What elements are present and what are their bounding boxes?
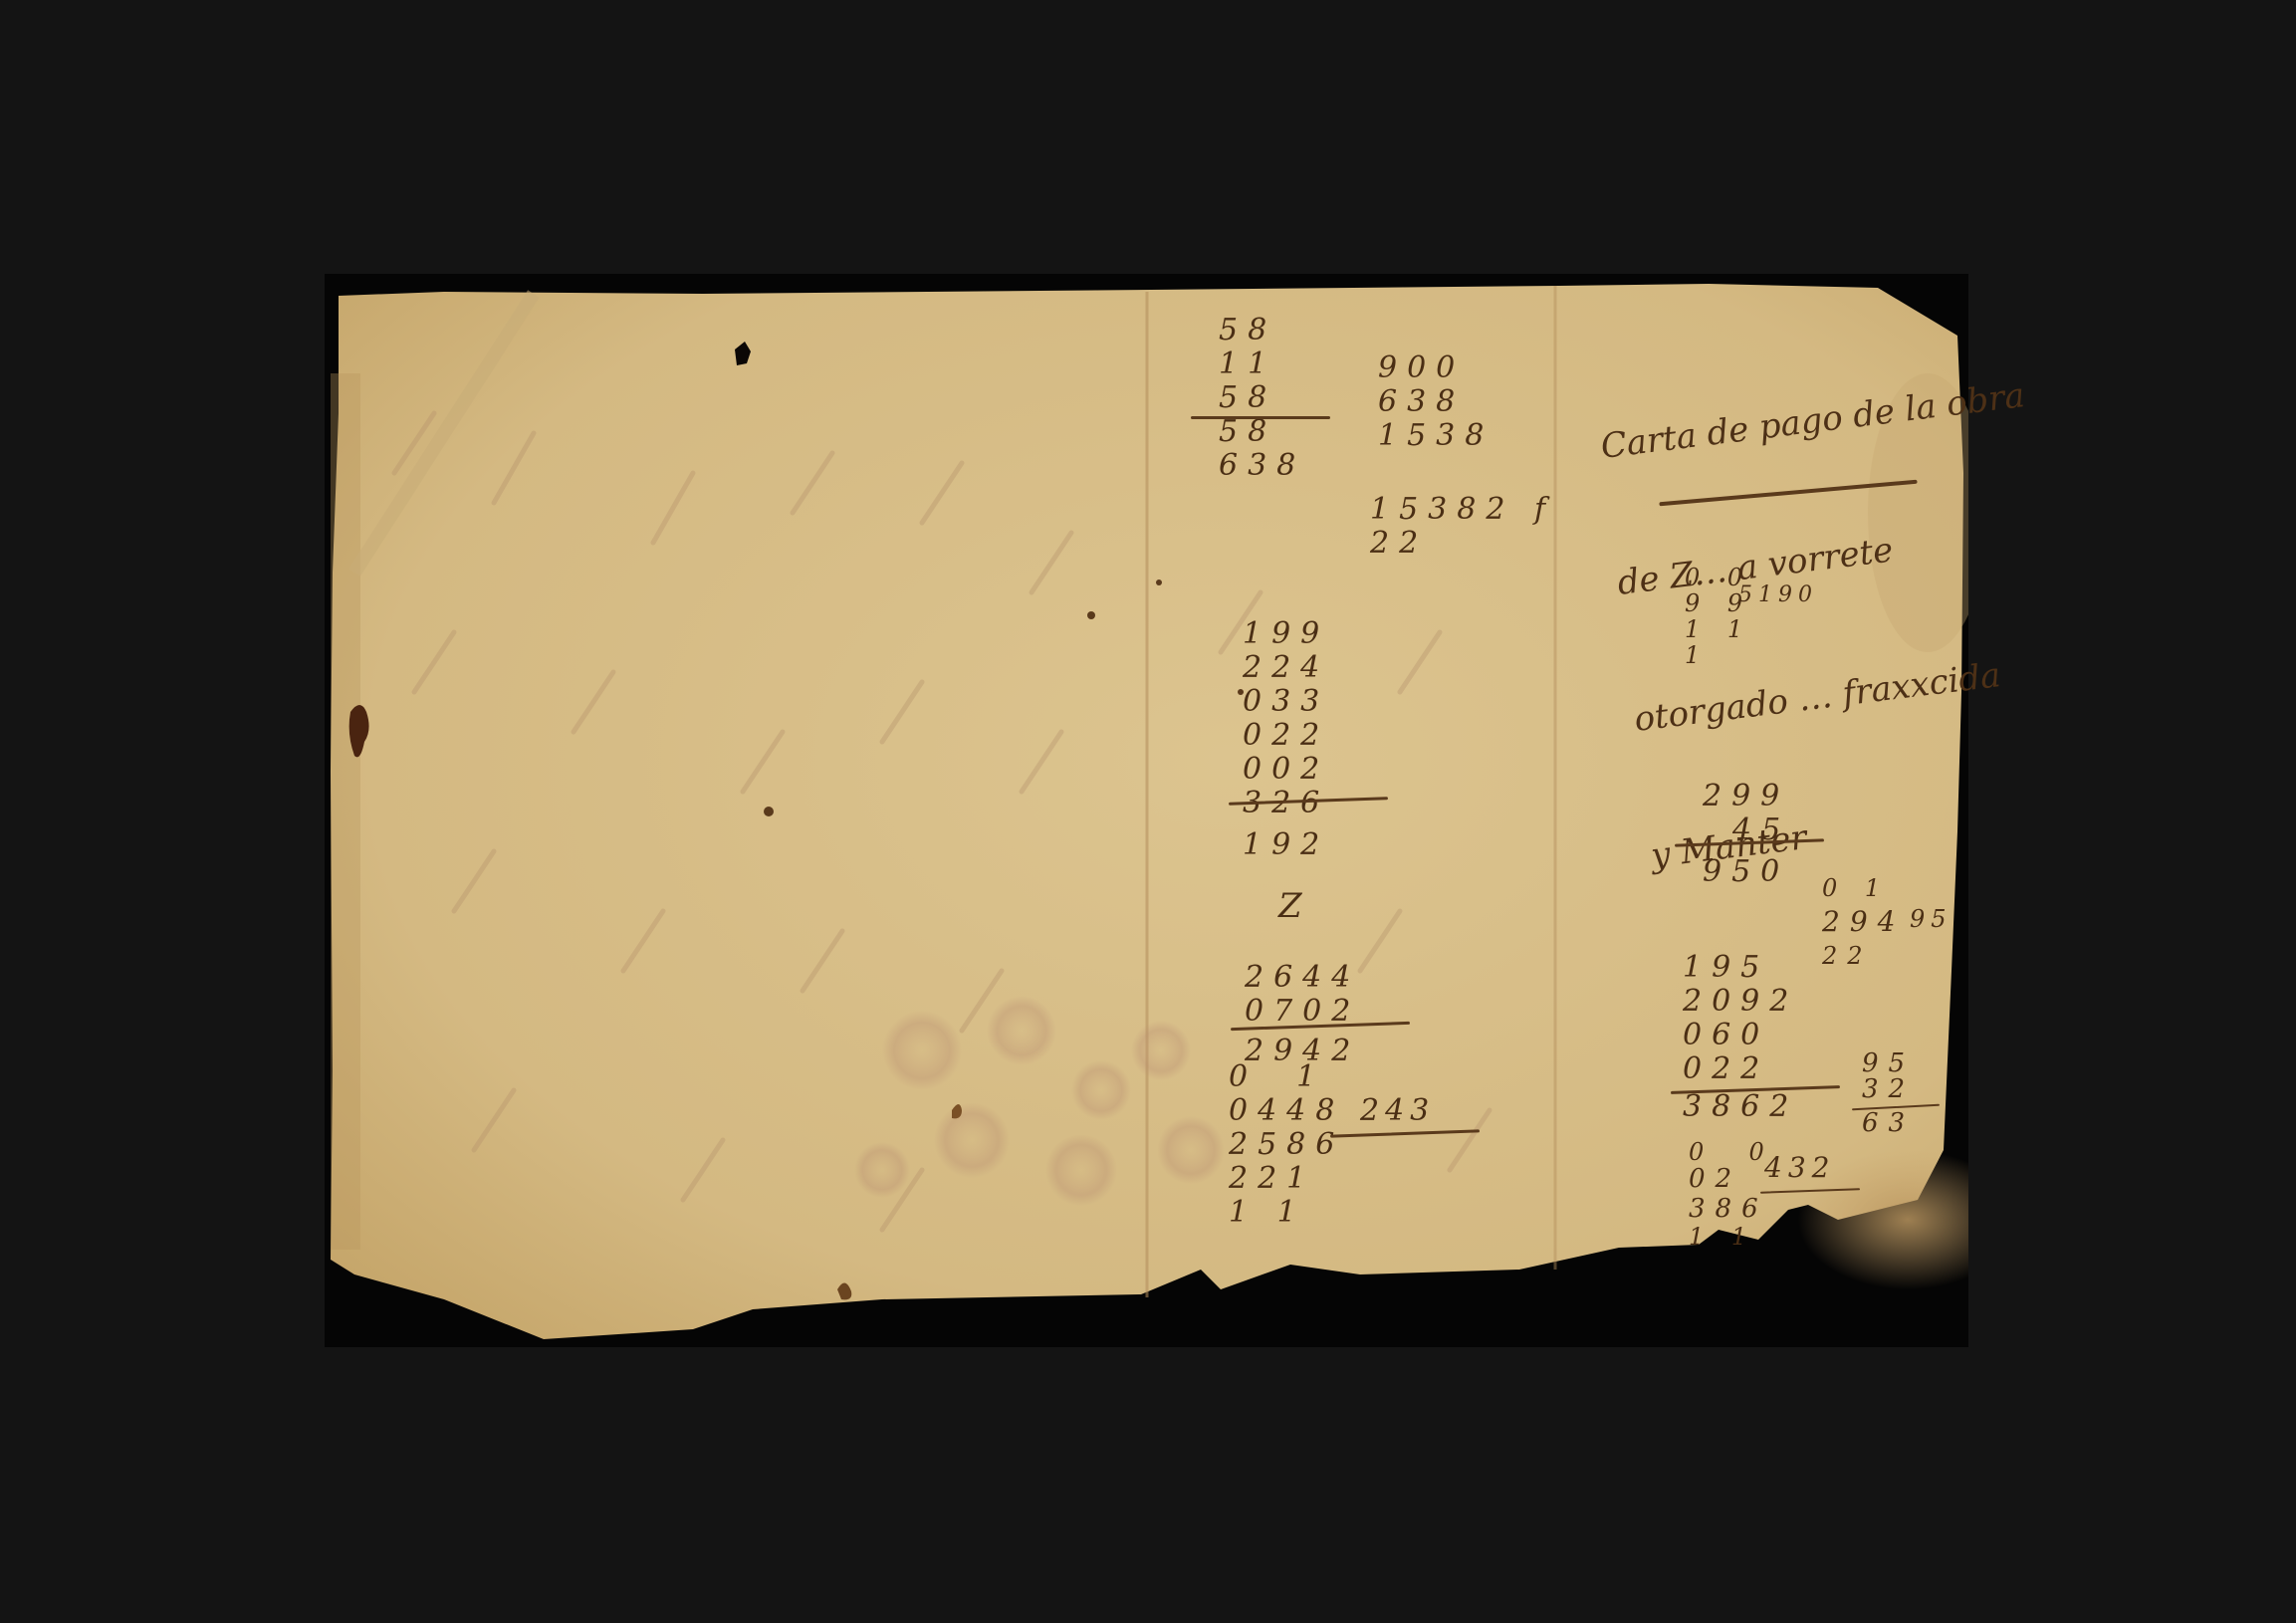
calc-sum-3862: 195 2092 060 022 3862 [1683,951,1798,1124]
scan-backing: Carta de pago de la obra de Z… a vorrete… [325,274,1968,1347]
calc-division-95: 0 1 294 22 [1822,871,1905,973]
calc-divisor-243: 243 [1360,1096,1435,1126]
calc-divisor-95: 95 [1910,907,1952,931]
calc-difference-63: 95 32 63 [1862,1050,1915,1138]
calc-sum-638: 58 11 58 58 638 [1219,314,1305,483]
calc-note-15382: 15382 f 22 [1370,493,1555,561]
calc-sum-950: 299 45 950 [1703,780,1790,889]
calc-divisor-432: 432 [1764,1154,1835,1182]
calc-rule [1191,416,1330,419]
calc-mark-z: Z [1278,889,1308,923]
calc-division-5190: 0 0 9 9 1 1 1 [1685,565,1752,668]
calc-column-b: 2644 0702 2942 [1245,961,1360,1068]
endorsement-line-2: de Z… a vorrete [1615,509,2044,606]
calc-column-a: 199 224 033 022 002 326 192 [1243,617,1329,862]
calc-sum-1538: 900 638 1538 [1378,351,1493,453]
calc-division-243: 0 1 0448 2586 221 1 1 [1229,1060,1344,1230]
endorsement-line-1: Carta de pago de la obra [1598,372,2027,470]
endorsement-text: Carta de pago de la obra de Z… a vorrete… [1587,282,2089,970]
calc-division-432: 0 0 02 386 1 1 [1689,1140,1774,1250]
calc-divisor-5190: 5190 [1738,584,1818,606]
